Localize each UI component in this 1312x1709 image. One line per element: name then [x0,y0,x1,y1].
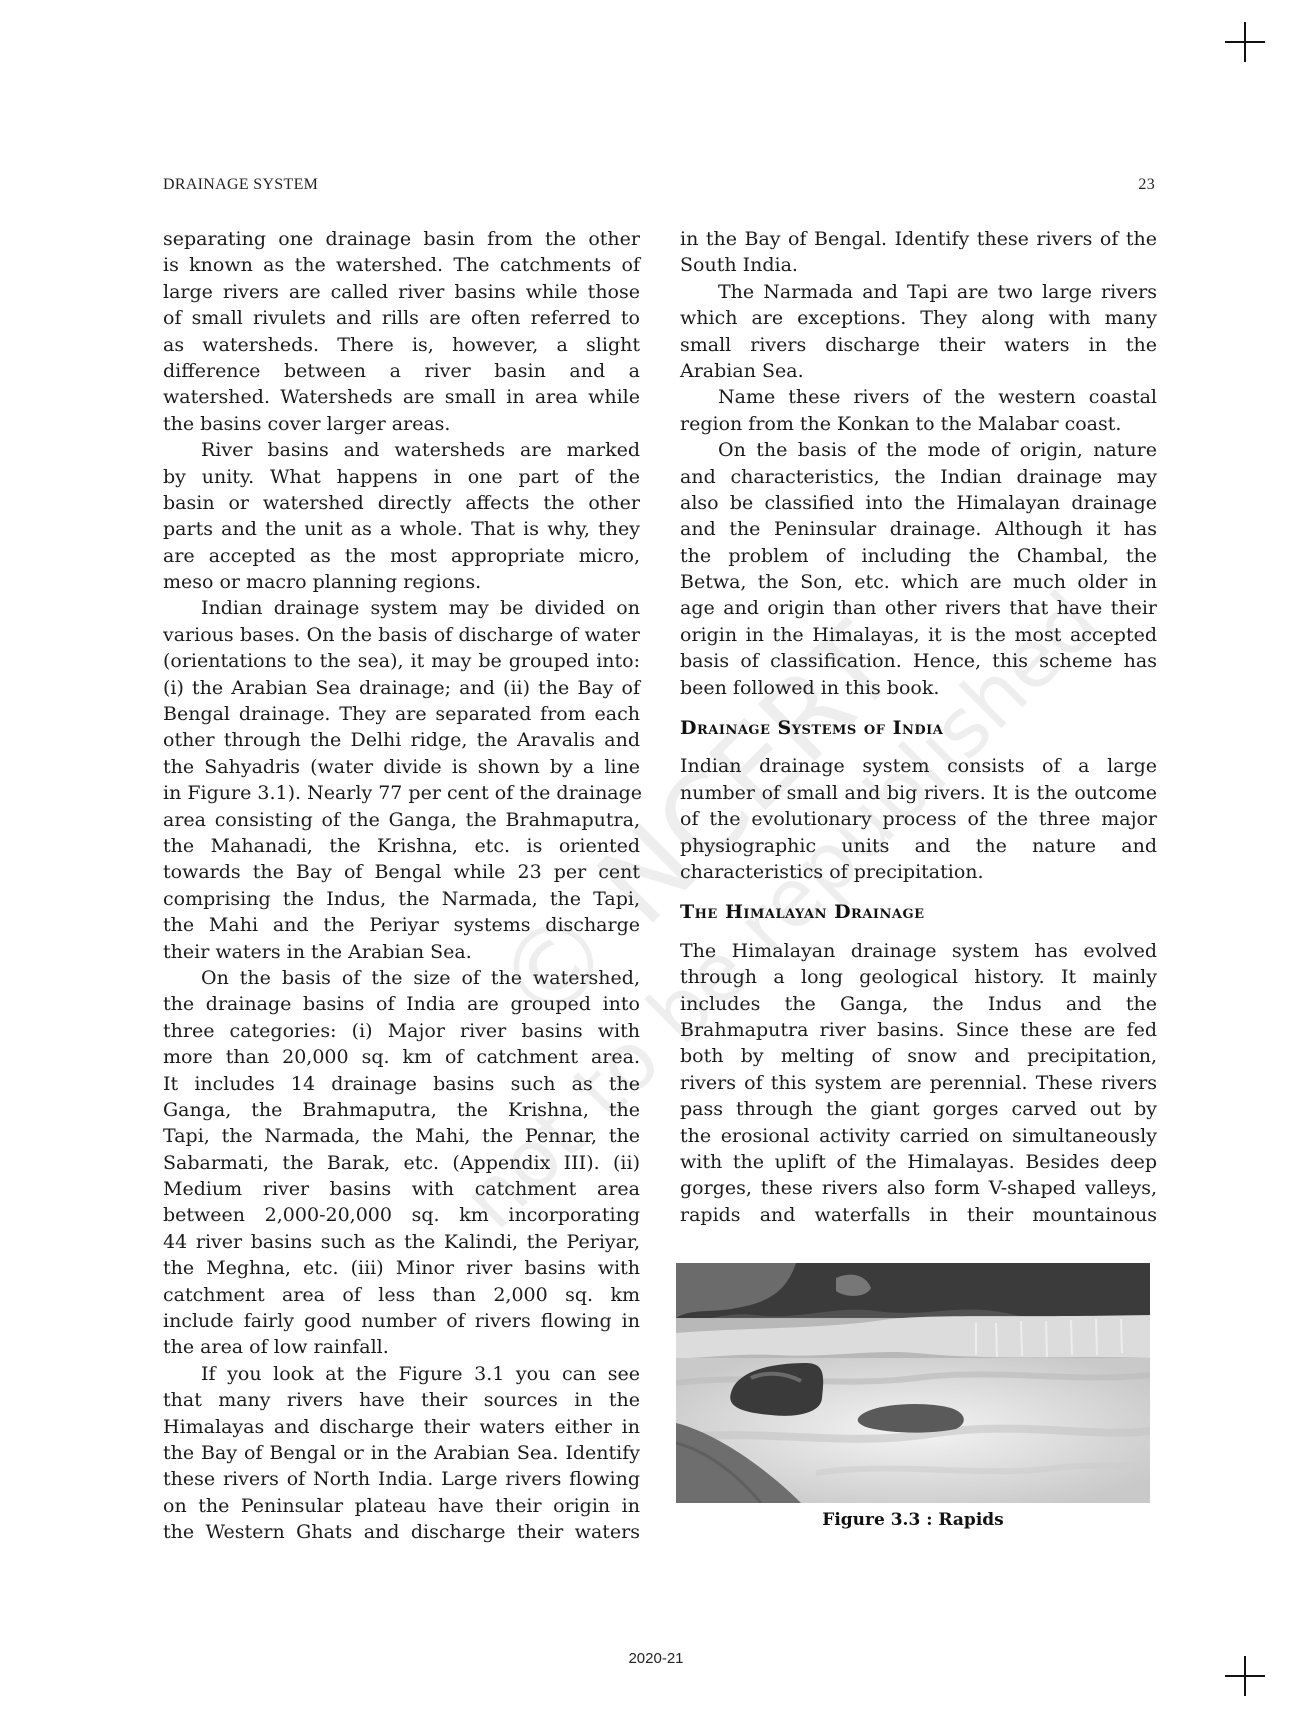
text-line: Betwa, the Son, etc. which are much olde… [680,569,1157,595]
text-line: area consisting of the Ganga, the Brahma… [163,807,640,833]
text-line: If you look at the Figure 3.1 you can se… [163,1361,640,1387]
text-line: It includes 14 drainage basins such as t… [163,1071,640,1097]
text-line: the Mahanadi, the Krishna, etc. is orien… [163,833,640,859]
text-line: Tapi, the Narmada, the Mahi, the Pennar,… [163,1123,640,1149]
text-line: Indian drainage system consists of a lar… [680,753,1157,779]
text-line: basis of classification. Hence, this sch… [680,648,1157,674]
text-line: with the uplift of the Himalayas. Beside… [680,1149,1157,1175]
text-line: by unity. What happens in one part of th… [163,464,640,490]
text-line: basin or watershed directly affects the … [163,490,640,516]
section-heading-himalayan-drainage: The Himalayan Drainage [680,899,1157,925]
text-line: (i) the Arabian Sea drainage; and (ii) t… [163,675,640,701]
text-line: these rivers of North India. Large river… [163,1466,640,1492]
text-line: the erosional activity carried on simult… [680,1123,1157,1149]
text-line: other through the Delhi ridge, the Arava… [163,727,640,753]
text-line: three categories: (i) Major river basins… [163,1018,640,1044]
text-line: and characteristics, the Indian drainage… [680,464,1157,490]
text-line: the Bay of Bengal or in the Arabian Sea.… [163,1440,640,1466]
chapter-title: DRAINAGE SYSTEM [163,176,318,194]
page-number: 23 [1138,176,1155,194]
text-line: more than 20,000 sq. km of catchment are… [163,1044,640,1070]
text-line: parts and the unit as a whole. That is w… [163,516,640,542]
text-line: also be classified into the Himalayan dr… [680,490,1157,516]
text-line: large rivers are called river basins whi… [163,279,640,305]
text-line: On the basis of the size of the watershe… [163,965,640,991]
text-line: include fairly good number of rivers flo… [163,1308,640,1334]
crop-mark-top-right-icon [1225,22,1265,62]
section-heading-drainage-systems-of-india: Drainage Systems of India [680,715,1157,741]
footer-year: 2020-21 [0,1650,1312,1667]
text-line: in Figure 3.1). Nearly 77 per cent of th… [163,780,640,806]
text-line: Brahmaputra river basins. Since these ar… [680,1017,1157,1043]
text-line: Name these rivers of the western coastal [680,384,1157,410]
text-line: characteristics of precipitation. [680,859,1157,885]
text-line: various bases. On the basis of discharge… [163,622,640,648]
text-line: number of small and big rivers. It is th… [680,780,1157,806]
text-line: The Narmada and Tapi are two large river… [680,279,1157,305]
text-line: age and origin than other rivers that ha… [680,595,1157,621]
text-line: gorges, these rivers also form V-shaped … [680,1175,1157,1201]
text-line: and the Peninsular drainage. Although it… [680,516,1157,542]
text-line: through a long geological history. It ma… [680,964,1157,990]
text-line: as watersheds. There is, however, a slig… [163,332,640,358]
text-line: the problem of including the Chambal, th… [680,543,1157,569]
text-line: catchment area of less than 2,000 sq. km [163,1282,640,1308]
text-line: the Sahyadris (water divide is shown by … [163,754,640,780]
text-line: the area of low rainfall. [163,1334,640,1360]
rapids-photo-illustration [676,1263,1150,1503]
text-line: towards the Bay of Bengal while 23 per c… [163,859,640,885]
text-line: between 2,000-20,000 sq. km incorporatin… [163,1202,640,1228]
text-line: (orientations to the sea), it may be gro… [163,648,640,674]
text-line: region from the Konkan to the Malabar co… [680,411,1157,437]
text-line: River basins and watersheds are marked [163,437,640,463]
text-line: Bengal drainage. They are separated from… [163,701,640,727]
text-line: Sabarmati, the Barak, etc. (Appendix III… [163,1150,640,1176]
running-head: DRAINAGE SYSTEM 23 [163,176,1155,198]
rapids-photo [676,1263,1150,1503]
text-line: both by melting of snow and precipitatio… [680,1043,1157,1069]
text-line: meso or macro planning regions. [163,569,640,595]
text-line: separating one drainage basin from the o… [163,226,640,252]
text-line: On the basis of the mode of origin, natu… [680,437,1157,463]
text-line: of small rivulets and rills are often re… [163,305,640,331]
text-line: rapids and waterfalls in their mountaino… [680,1202,1157,1228]
text-line: Himalayas and discharge their waters eit… [163,1414,640,1440]
text-line: been followed in this book. [680,675,1157,701]
text-line: the Meghna, etc. (iii) Minor river basin… [163,1255,640,1281]
text-line: comprising the Indus, the Narmada, the T… [163,886,640,912]
textbook-page: DRAINAGE SYSTEM 23 © NCERT not to be rep… [0,0,1312,1709]
text-line: includes the Ganga, the Indus and the [680,991,1157,1017]
text-line: rivers of this system are perennial. The… [680,1070,1157,1096]
text-line: Ganga, the Brahmaputra, the Krishna, the [163,1097,640,1123]
text-line: difference between a river basin and a [163,358,640,384]
text-line: origin in the Himalayas, it is the most … [680,622,1157,648]
text-line: The Himalayan drainage system has evolve… [680,938,1157,964]
text-line: small rivers discharge their waters in t… [680,332,1157,358]
text-line: Arabian Sea. [680,358,1157,384]
text-line: that many rivers have their sources in t… [163,1387,640,1413]
figure-caption: Figure 3.3 : Rapids [676,1510,1150,1530]
text-line: on the Peninsular plateau have their ori… [163,1493,640,1519]
text-line: the Mahi and the Periyar systems dischar… [163,912,640,938]
left-column: separating one drainage basin from the o… [163,226,640,1546]
text-line: of the evolutionary process of the three… [680,806,1157,832]
text-line: their waters in the Arabian Sea. [163,939,640,965]
text-line: in the Bay of Bengal. Identify these riv… [680,226,1157,252]
text-line: watershed. Watersheds are small in area … [163,384,640,410]
text-line: is known as the watershed. The catchment… [163,252,640,278]
text-line: Medium river basins with catchment area [163,1176,640,1202]
text-line: South India. [680,252,1157,278]
right-column: in the Bay of Bengal. Identify these riv… [680,226,1157,1228]
text-line: 44 river basins such as the Kalindi, the… [163,1229,640,1255]
text-line: Indian drainage system may be divided on [163,595,640,621]
text-line: the basins cover larger areas. [163,411,640,437]
text-line: pass through the giant gorges carved out… [680,1096,1157,1122]
text-line: are accepted as the most appropriate mic… [163,543,640,569]
text-line: the Western Ghats and discharge their wa… [163,1519,640,1545]
text-line: physiographic units and the nature and [680,833,1157,859]
text-line: which are exceptions. They along with ma… [680,305,1157,331]
text-line: the drainage basins of India are grouped… [163,991,640,1017]
